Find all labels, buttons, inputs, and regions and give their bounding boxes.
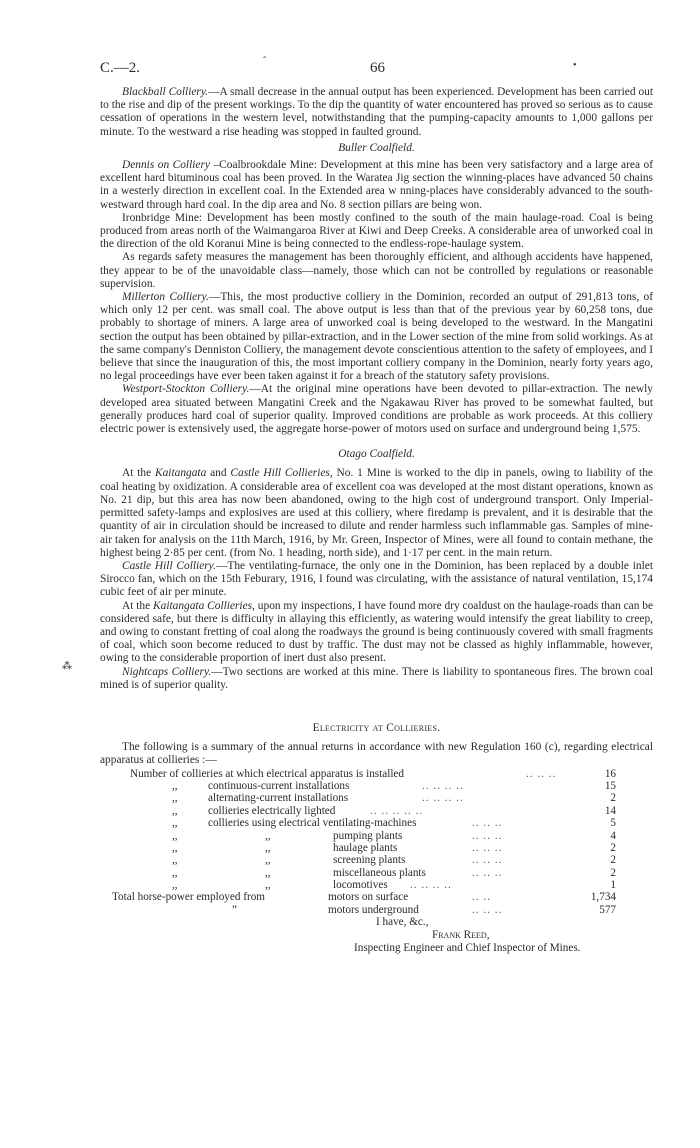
colliery-name: Blackball Colliery. [122,86,208,98]
paragraph-castle-hill: Castle Hill Colliery.—The ventilating-fu… [100,560,653,600]
page-header: C.—2. ˆ 66 • [100,60,655,80]
paragraph-kaitangata: At the Kaitangata and Castle Hill Collie… [100,467,653,559]
colliery-name: Dennis on Colliery [122,159,210,171]
colliery-name: Westport-Stockton Colliery. [122,383,249,395]
document-code: C.—2. [100,60,140,77]
colliery-name: Castle Hill Colliery. [122,560,216,572]
table-row: ,, alternating-current installations .. … [100,792,653,804]
colliery-name: Millerton Colliery. [122,291,209,303]
section-heading-buller: Buller Coalfield. [100,142,653,155]
table-row: ,, ,, haulage plants .. .. .. 2 [100,842,653,854]
section-heading-electricity: Electricity at Collieries. [100,722,653,735]
paragraph-ironbridge: Ironbridge Mine: Development has been mo… [100,212,653,252]
page-number: 66 [370,60,385,77]
colliery-name: Castle Hill Collieries [230,467,329,479]
paragraph-kaitangata-dust: At the Kaitangata Collieries, upon my in… [100,600,653,666]
table-row: ,, collieries using electrical ventilati… [100,817,653,829]
table-row: ,, continuous-current installations .. .… [100,780,653,792]
paragraph-blackball: Blackball Colliery.—A small decrease in … [100,86,653,139]
table-row: ” motors underground .. .. .. 577 [100,904,653,916]
paragraph-nightcaps: Nightcaps Colliery.—Two sections are wor… [100,666,653,692]
table-row: ,, ,, locomotives .. .. .. .. 1 [100,879,653,891]
table-row: ,, ,, miscellaneous plants .. .. .. 2 [100,867,653,879]
paragraph-millerton: Millerton Colliery.—This, the most produ… [100,291,653,383]
document-body: Blackball Colliery.—A small decrease in … [100,86,653,955]
electricity-summary-table: Number of collieries at which electrical… [100,768,653,917]
signature-block: I have, &c., Frank Reed, Inspecting Engi… [100,916,653,955]
signatory-title: Inspecting Engineer and Chief Inspector … [100,942,653,955]
scan-mark: ˆ [263,56,266,67]
margin-mark: ⁂ [62,661,72,672]
table-row: Number of collieries at which electrical… [100,768,653,780]
paragraph-electricity-intro: The following is a summary of the annual… [100,741,653,767]
table-row: ,, ,, screening plants .. .. .. 2 [100,854,653,866]
paragraph-safety: As regards safety measures the managemen… [100,251,653,291]
closing-line: I have, &c., [100,916,653,929]
section-heading-otago: Otago Coalfield. [100,448,653,461]
document-page: C.—2. ˆ 66 • ⁂ Blackball Colliery.—A sma… [0,0,700,1148]
signatory-name: Frank Reed, [100,929,653,942]
table-row: ,, collieries electrically lighted .. ..… [100,805,653,817]
table-row: Total horse-power employed from motors o… [100,891,653,903]
colliery-name: Nightcaps Colliery. [122,666,211,678]
paragraph-westport: Westport-Stockton Colliery.—At the origi… [100,383,653,436]
scan-mark: • [573,60,577,71]
paragraph-dennis: Dennis on Colliery –Coalbrookdale Mine: … [100,159,653,212]
colliery-name: Kaitangata [155,467,206,479]
table-row: ,, ,, pumping plants .. .. .. 4 [100,830,653,842]
colliery-name: Kaitangata Collieries [153,600,252,612]
